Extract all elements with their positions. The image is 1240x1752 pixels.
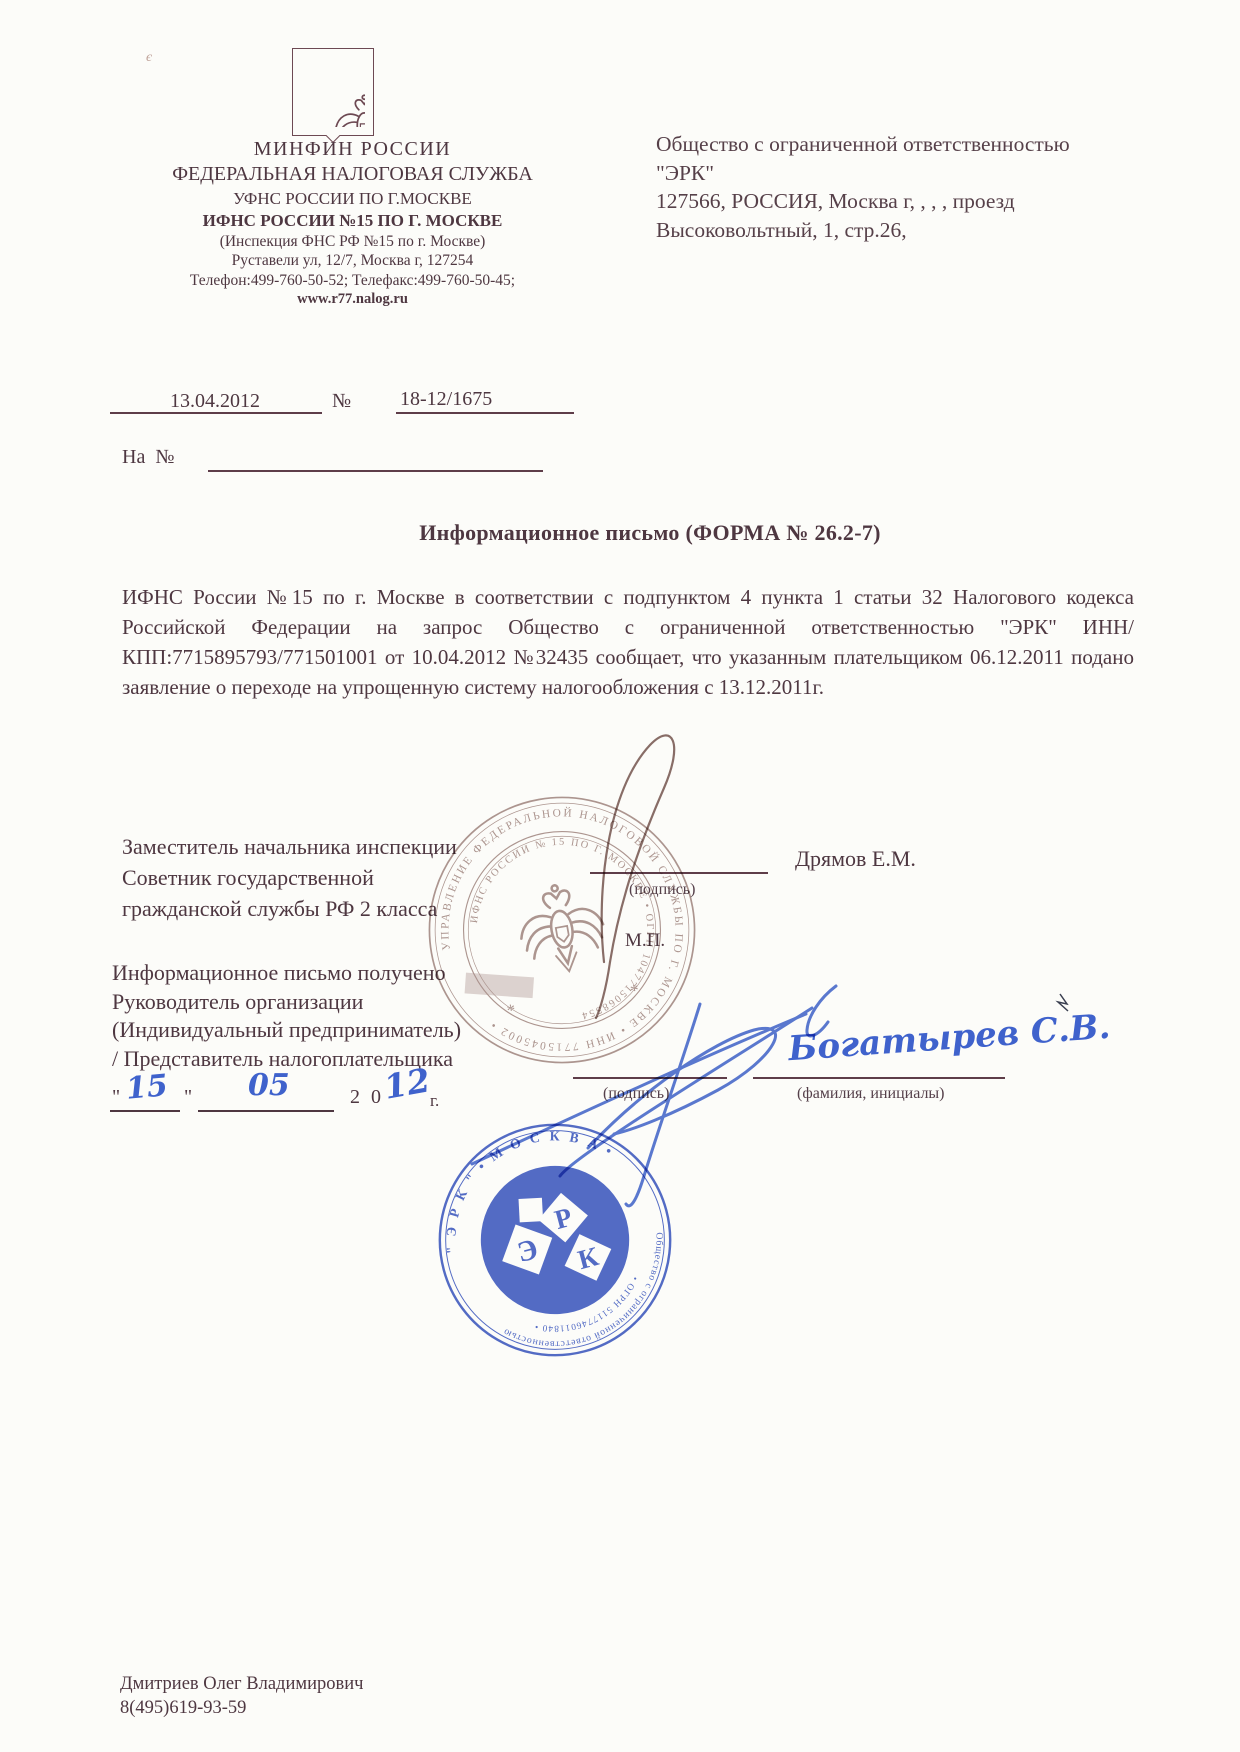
year-suffix: г. (430, 1091, 439, 1111)
recipient-address-2: Высоковольтный, 1, стр.26, (656, 216, 1116, 245)
letterhead-service: ФЕДЕРАЛЬНАЯ НАЛОГОВАЯ СЛУЖБА (100, 163, 605, 185)
letterhead-ufns: УФНС РОССИИ ПО Г.МОСКВЕ (100, 189, 605, 208)
recipient-name-line (753, 1077, 1005, 1079)
recipient-org-type: Общество с ограниченной ответственностью (656, 130, 1116, 159)
footer-contact: Дмитриев Олег Владимирович 8(495)619-93-… (120, 1672, 363, 1720)
tax-stamp-outer-ring-text: УПРАВЛЕНИЕ ФЕДЕРАЛЬНОЙ НАЛОГОВОЙ СЛУЖБЫ … (420, 788, 704, 1072)
tax-stamp-eagle-icon (513, 878, 610, 978)
ink-mark (1058, 994, 1068, 1011)
open-quote: " (112, 1086, 120, 1109)
recipient-signature-line (573, 1077, 727, 1079)
svg-text:ИФНС РОССИИ № 15 ПО Г. МОСКВЕ: ИФНС РОССИИ № 15 ПО Г. МОСКВЕ • ОГРН 104… (457, 822, 670, 1038)
footer-contact-name: Дмитриев Олег Владимирович (120, 1672, 363, 1696)
recipient-block: Общество с ограниченной ответственностью… (656, 130, 1116, 244)
recipient-org-name: "ЭРК" (656, 159, 1116, 188)
day-underline (110, 1110, 180, 1112)
recipient-address-1: 127566, РОССИЯ, Москва г, , , , проезд (656, 187, 1116, 216)
letterhead-address: Руставели ул, 12/7, Москва г, 127254 (100, 252, 605, 269)
reply-to-label: На № (122, 446, 174, 469)
scanned-letter-page: є МИНФИН РОССИИ ФЕДЕРАЛЬНАЯ НАЛОГОВАЯ СЛ… (0, 0, 1240, 1752)
signatory-name: Дрямов Е.М. (795, 846, 916, 872)
footer-contact-phone: 8(495)619-93-59 (120, 1696, 363, 1720)
handwritten-day: 15 (125, 1068, 170, 1107)
name-caption: (фамилия, инициалы) (797, 1085, 945, 1103)
letterhead-phone: Телефон:499-760-50-52; Телефакс:499-760-… (100, 272, 605, 289)
svg-text:УПРАВЛЕНИЕ ФЕДЕРАЛЬНОЙ НАЛОГОВ: УПРАВЛЕНИЕ ФЕДЕРАЛЬНОЙ НАЛОГОВОЙ СЛУЖБЫ … (420, 788, 704, 1072)
document-title: Информационное письмо (ФОРМА № 26.2-7) (200, 520, 1100, 546)
letterhead-inspection: (Инспекция ФНС РФ №15 по г. Москве) (100, 233, 605, 250)
handwritten-month: 05 (248, 1068, 290, 1103)
coat-of-arms-emblem-icon (292, 48, 374, 136)
tax-stamp-inner-ring-text: ИФНС РОССИИ № 15 ПО Г. МОСКВЕ • ОГРН 104… (457, 822, 670, 1038)
letterhead-website: www.r77.nalog.ru (100, 291, 605, 307)
erk-company-stamp-icon: " Э Р К " • М О С К В А • Общество с огр… (406, 1091, 705, 1390)
date-underline (110, 412, 322, 414)
number-sign: № (332, 390, 351, 413)
reply-number-underline (208, 470, 543, 472)
month-underline (198, 1110, 334, 1112)
double-headed-eagle-icon (301, 55, 365, 127)
letterhead-ifns: ИФНС РОССИИ №15 ПО Г. МОСКВЕ (100, 211, 605, 230)
number-underline (396, 412, 574, 414)
body-paragraph: ИФНС России №15 по г. Москве в соответст… (122, 582, 1134, 702)
year-printed: 2 0 (350, 1086, 384, 1109)
stamp-smudge (465, 973, 534, 999)
letter-date: 13.04.2012 (170, 390, 260, 413)
handwritten-recipient-name: Богатырев С.В. (787, 1007, 1112, 1069)
handwritten-year: 12 (381, 1060, 433, 1106)
tax-inspection-stamp-icon: УПРАВЛЕНИЕ ФЕДЕРАЛЬНОЙ НАЛОГОВОЙ СЛУЖБЫ … (397, 765, 726, 1094)
scan-speck: є (146, 50, 152, 66)
letterhead-ministry: МИНФИН РОССИИ (100, 138, 605, 160)
stamp-asterisk: * (505, 1000, 517, 1020)
close-quote: " (184, 1086, 192, 1109)
letterhead: МИНФИН РОССИИ ФЕДЕРАЛЬНАЯ НАЛОГОВАЯ СЛУЖ… (100, 138, 605, 307)
letter-number: 18-12/1675 (400, 388, 492, 411)
